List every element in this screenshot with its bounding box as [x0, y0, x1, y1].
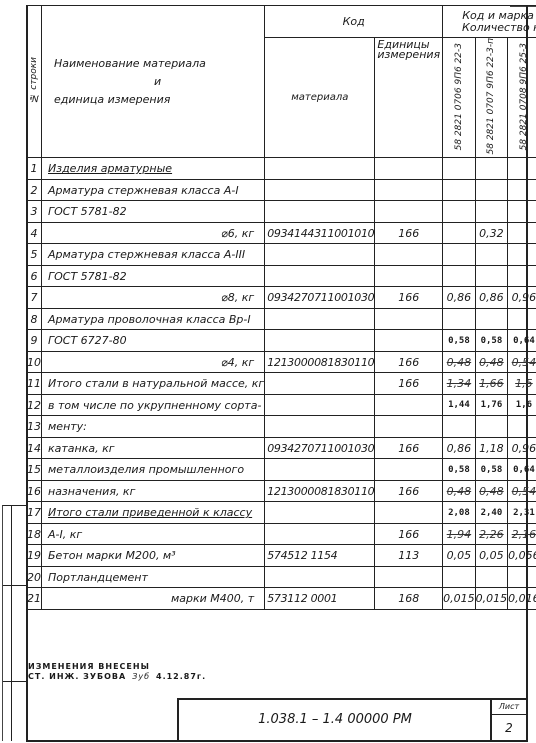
unit-code: 166 [375, 373, 443, 395]
name-header-line1: Наименование материала [54, 57, 206, 70]
product-code-3: 58 2821 0708 9П6 25-3 [519, 43, 529, 150]
unit-code: 168 [375, 588, 443, 610]
quantity-cell [443, 222, 476, 244]
quantity-cell: 2,31 [508, 502, 536, 524]
row-number: 2 [27, 179, 42, 201]
material-name: ⌀6, кг [42, 222, 265, 244]
table-row: 17Итого стали приведенной к классу2,082,… [27, 502, 536, 524]
material-code [265, 566, 375, 588]
name-header-line3: единица измерения [54, 93, 170, 106]
quantity-cell [508, 201, 536, 223]
quantity-cell: 2,16 [508, 523, 536, 545]
unit-code: 166 [375, 523, 443, 545]
signature: Зуб [132, 672, 150, 681]
material-name: назначения, кг [42, 480, 265, 502]
table-row: 5Арматура стержневая класса А-III [27, 244, 536, 266]
quantity-cell [443, 566, 476, 588]
quantity-cell: 1,76 [475, 394, 508, 416]
quantity-cell: 0,54 [508, 351, 536, 373]
unit-code [375, 158, 443, 180]
row-number: 16 [27, 480, 42, 502]
material-code: 573112 0001 [265, 588, 375, 610]
unit-code [375, 308, 443, 330]
material-name: менту: [42, 416, 265, 438]
row-number: 20 [27, 566, 42, 588]
quantity-cell: 0,056 [508, 545, 536, 567]
material-code: 0934270711001030 [265, 437, 375, 459]
left-margin-stamp-strip [2, 505, 27, 741]
unit-code [375, 330, 443, 352]
quantity-cell: 0,86 [475, 287, 508, 309]
quantity-cell [508, 222, 536, 244]
material-code [265, 394, 375, 416]
quantity-cell [475, 244, 508, 266]
unit-code [375, 201, 443, 223]
quantity-cell [508, 179, 536, 201]
material-code [265, 158, 375, 180]
material-name: Итого стали приведенной к классу [42, 502, 265, 524]
left-strip-rule-2 [3, 681, 27, 682]
material-code [265, 265, 375, 287]
quantity-cell: 0,58 [475, 459, 508, 481]
row-number: 13 [27, 416, 42, 438]
row-number: 3 [27, 201, 42, 223]
row-number: 10 [27, 351, 42, 373]
material-name: металлоизделия промышленного [42, 459, 265, 481]
quantity-cell [508, 244, 536, 266]
unit-code: 166 [375, 437, 443, 459]
quantity-cell: 2,40 [475, 502, 508, 524]
material-code [265, 459, 375, 481]
quantity-cell: 1,5 [508, 373, 536, 395]
table-row: 12в том числе по укрупненному сорта-1,44… [27, 394, 536, 416]
quantity-cell: 0,58 [443, 459, 476, 481]
quantity-cell [475, 179, 508, 201]
table-row: 6ГОСТ 5781-82 [27, 265, 536, 287]
unit-code: 166 [375, 287, 443, 309]
quantity-cell [475, 158, 508, 180]
quantity-cell: 0,96 [508, 287, 536, 309]
material-code [265, 201, 375, 223]
quantity-cell [508, 158, 536, 180]
unit-code [375, 244, 443, 266]
row-number: 14 [27, 437, 42, 459]
material-code: 0934144311001010 [265, 222, 375, 244]
material-code: 574512 1154 [265, 545, 375, 567]
quantity-cell [508, 566, 536, 588]
unit-code: 166 [375, 480, 443, 502]
table-row: 3ГОСТ 5781-82 [27, 201, 536, 223]
row-number: 1 [27, 158, 42, 180]
row-number: 17 [27, 502, 42, 524]
quantity-cell: 0,86 [443, 287, 476, 309]
quantity-cell: 0,96 [508, 437, 536, 459]
material-code: 1213000081830110 [265, 480, 375, 502]
material-code [265, 373, 375, 395]
revision-engineer: СТ. ИНЖ. ЗУБОВА [28, 672, 126, 681]
table-row: 4⌀6, кг09341443110010101660,320,32 [27, 222, 536, 244]
revision-stamp: ИЗМЕНЕНИЯ ВНЕСЕНЫ СТ. ИНЖ. ЗУБОВАЗуб4.12… [28, 662, 206, 682]
quantity-cell: 1,18 [475, 437, 508, 459]
material-name: Бетон марки М200, м³ [42, 545, 265, 567]
quantity-cell: 0,48 [475, 480, 508, 502]
quantity-cell: 0,48 [475, 351, 508, 373]
material-name: Изделия арматурные [42, 158, 265, 180]
quantity-cell: 0,64 [508, 459, 536, 481]
left-strip-divider [11, 506, 12, 741]
table-row: 10⌀4, кг12130000818301101660,480,480,540… [27, 351, 536, 373]
document-code: 1.038.1 – 1.4 00000 РМ [179, 700, 491, 742]
table-row: 18А-I, кг1661,942,262,162,482,26 [27, 523, 536, 545]
unit-code [375, 265, 443, 287]
quantity-cell: 0,58 [475, 330, 508, 352]
quantity-cell: 0,54 [508, 480, 536, 502]
table-row: 19Бетон марки М200, м³574512 11541130,05… [27, 545, 536, 567]
product-header-3: 58 2821 0708 9П6 25-3 [508, 38, 536, 158]
quantity-cell [443, 158, 476, 180]
material-code-header: материала [265, 38, 375, 158]
sheet-label: Лист [492, 700, 526, 715]
material-name: ГОСТ 5781-82 [42, 201, 265, 223]
quantity-cell [475, 201, 508, 223]
material-name: Арматура стержневая класса А-I [42, 179, 265, 201]
material-code [265, 244, 375, 266]
unit-code [375, 394, 443, 416]
material-name-header: Наименование материала и единица измерен… [42, 6, 265, 158]
row-number: 15 [27, 459, 42, 481]
quantity-cell: 1,6 [508, 394, 536, 416]
material-name: Итого стали в натуральной массе, кг [42, 373, 265, 395]
row-number: 21 [27, 588, 42, 610]
quantity-cell [508, 308, 536, 330]
table-row: 14катанка, кг09342707110010301660,861,18… [27, 437, 536, 459]
table-row: 9ГОСТ 6727-800,580,580,640,640,68 [27, 330, 536, 352]
quantity-cell [443, 179, 476, 201]
product-header-1: 58 2821 0706 9П6 22-3 [443, 38, 476, 158]
row-number: 7 [27, 287, 42, 309]
quantity-cell: 0,48 [443, 480, 476, 502]
unit-code: 113 [375, 545, 443, 567]
unit-code [375, 566, 443, 588]
quantity-cell: 0,32 [475, 222, 508, 244]
row-number-header: № строки [27, 6, 42, 158]
quantity-cell [443, 416, 476, 438]
material-name: в том числе по укрупненному сорта- [42, 394, 265, 416]
unit-code: 166 [375, 351, 443, 373]
material-name: ⌀8, кг [42, 287, 265, 309]
row-number: 12 [27, 394, 42, 416]
material-name: ГОСТ 5781-82 [42, 265, 265, 287]
quantity-cell [475, 265, 508, 287]
quantity-cell [508, 265, 536, 287]
left-strip-rule-1 [3, 585, 27, 586]
table-row: 2Арматура стержневая класса А-I [27, 179, 536, 201]
table-row: 8Арматура проволочная класса Вр-I [27, 308, 536, 330]
unit-code: 166 [375, 222, 443, 244]
quantity-cell [443, 308, 476, 330]
quantity-cell [443, 265, 476, 287]
title-block: 1.038.1 – 1.4 00000 РМ Лист 2 [177, 698, 526, 742]
qty-header-line2: Количество на марку [462, 21, 536, 34]
materials-spec-table: № строки Наименование материала и единиц… [26, 5, 536, 610]
quantity-cell: 2,26 [475, 523, 508, 545]
material-code: 1213000081830110 [265, 351, 375, 373]
row-number: 18 [27, 523, 42, 545]
quantity-cell: 0,016 [508, 588, 536, 610]
product-header-2: 58 2821 0707 9П6 22-3-п [475, 38, 508, 158]
code-header: Код [265, 6, 443, 38]
material-name: А-I, кг [42, 523, 265, 545]
quantity-cell: 0,86 [443, 437, 476, 459]
sheet-cell: Лист 2 [490, 700, 526, 742]
material-code [265, 523, 375, 545]
material-name: Арматура стержневая класса А-III [42, 244, 265, 266]
quantity-cell: 0,015 [443, 588, 476, 610]
material-name: Портландцемент [42, 566, 265, 588]
quantity-cell [475, 416, 508, 438]
row-number-label: № строки [29, 57, 39, 103]
row-number: 9 [27, 330, 42, 352]
table-row: 11Итого стали в натуральной массе, кг166… [27, 373, 536, 395]
revision-date: 4.12.87г. [156, 672, 206, 681]
product-code-2: 58 2821 0707 9П6 22-3-п [486, 38, 496, 154]
row-number: 5 [27, 244, 42, 266]
unit-header: Единицы измерения [375, 38, 443, 158]
quantity-cell [508, 416, 536, 438]
name-header-line2: и [54, 73, 264, 91]
quantity-cell: 2,08 [443, 502, 476, 524]
material-code [265, 179, 375, 201]
table-row: 13менту: [27, 416, 536, 438]
quantity-cell: 1,94 [443, 523, 476, 545]
quantity-cell [475, 566, 508, 588]
revision-stamp-line2: СТ. ИНЖ. ЗУБОВАЗуб4.12.87г. [28, 672, 206, 682]
row-number: 11 [27, 373, 42, 395]
revision-stamp-line1: ИЗМЕНЕНИЯ ВНЕСЕНЫ [28, 662, 206, 672]
quantity-cell [475, 308, 508, 330]
material-code [265, 416, 375, 438]
quantity-cell: 1,44 [443, 394, 476, 416]
material-code [265, 330, 375, 352]
material-name: марки М400, т [42, 588, 265, 610]
table-row: 15металлоизделия промышленного0,580,580,… [27, 459, 536, 481]
row-number: 19 [27, 545, 42, 567]
unit-code [375, 416, 443, 438]
material-code: 0934270711001030 [265, 287, 375, 309]
quantity-cell: 0,05 [475, 545, 508, 567]
quantity-cell: 0,48 [443, 351, 476, 373]
row-number: 4 [27, 222, 42, 244]
material-name: Арматура проволочная класса Вр-I [42, 308, 265, 330]
material-name: катанка, кг [42, 437, 265, 459]
table-row: 1Изделия арматурные [27, 158, 536, 180]
unit-code [375, 179, 443, 201]
sheet-number: 2 [492, 715, 526, 741]
table-row: 7⌀8, кг09342707110010301660,860,860,960,… [27, 287, 536, 309]
material-code [265, 502, 375, 524]
spec-table-body: 1Изделия арматурные2Арматура стержневая … [27, 158, 536, 610]
quantity-cell: 1,34 [443, 373, 476, 395]
table-row: 20Портландцемент [27, 566, 536, 588]
table-row: 16назначения, кг12130000818301101660,480… [27, 480, 536, 502]
table-row: 21марки М400, т573112 00011680,0150,0150… [27, 588, 536, 610]
quantity-cell: 0,05 [443, 545, 476, 567]
unit-code [375, 502, 443, 524]
product-code-1: 58 2821 0706 9П6 22-3 [454, 43, 464, 150]
material-name: ⌀4, кг [42, 351, 265, 373]
quantity-cell: 0,015 [475, 588, 508, 610]
quantity-cell: 1,66 [475, 373, 508, 395]
quantity-cell: 0,64 [508, 330, 536, 352]
row-number: 6 [27, 265, 42, 287]
row-number: 8 [27, 308, 42, 330]
material-code [265, 308, 375, 330]
quantity-cell: 0,58 [443, 330, 476, 352]
unit-code [375, 459, 443, 481]
quantity-group-header: Код и марка изделия Количество на марку [443, 6, 536, 38]
material-name: ГОСТ 6727-80 [42, 330, 265, 352]
quantity-cell [443, 244, 476, 266]
quantity-cell [443, 201, 476, 223]
